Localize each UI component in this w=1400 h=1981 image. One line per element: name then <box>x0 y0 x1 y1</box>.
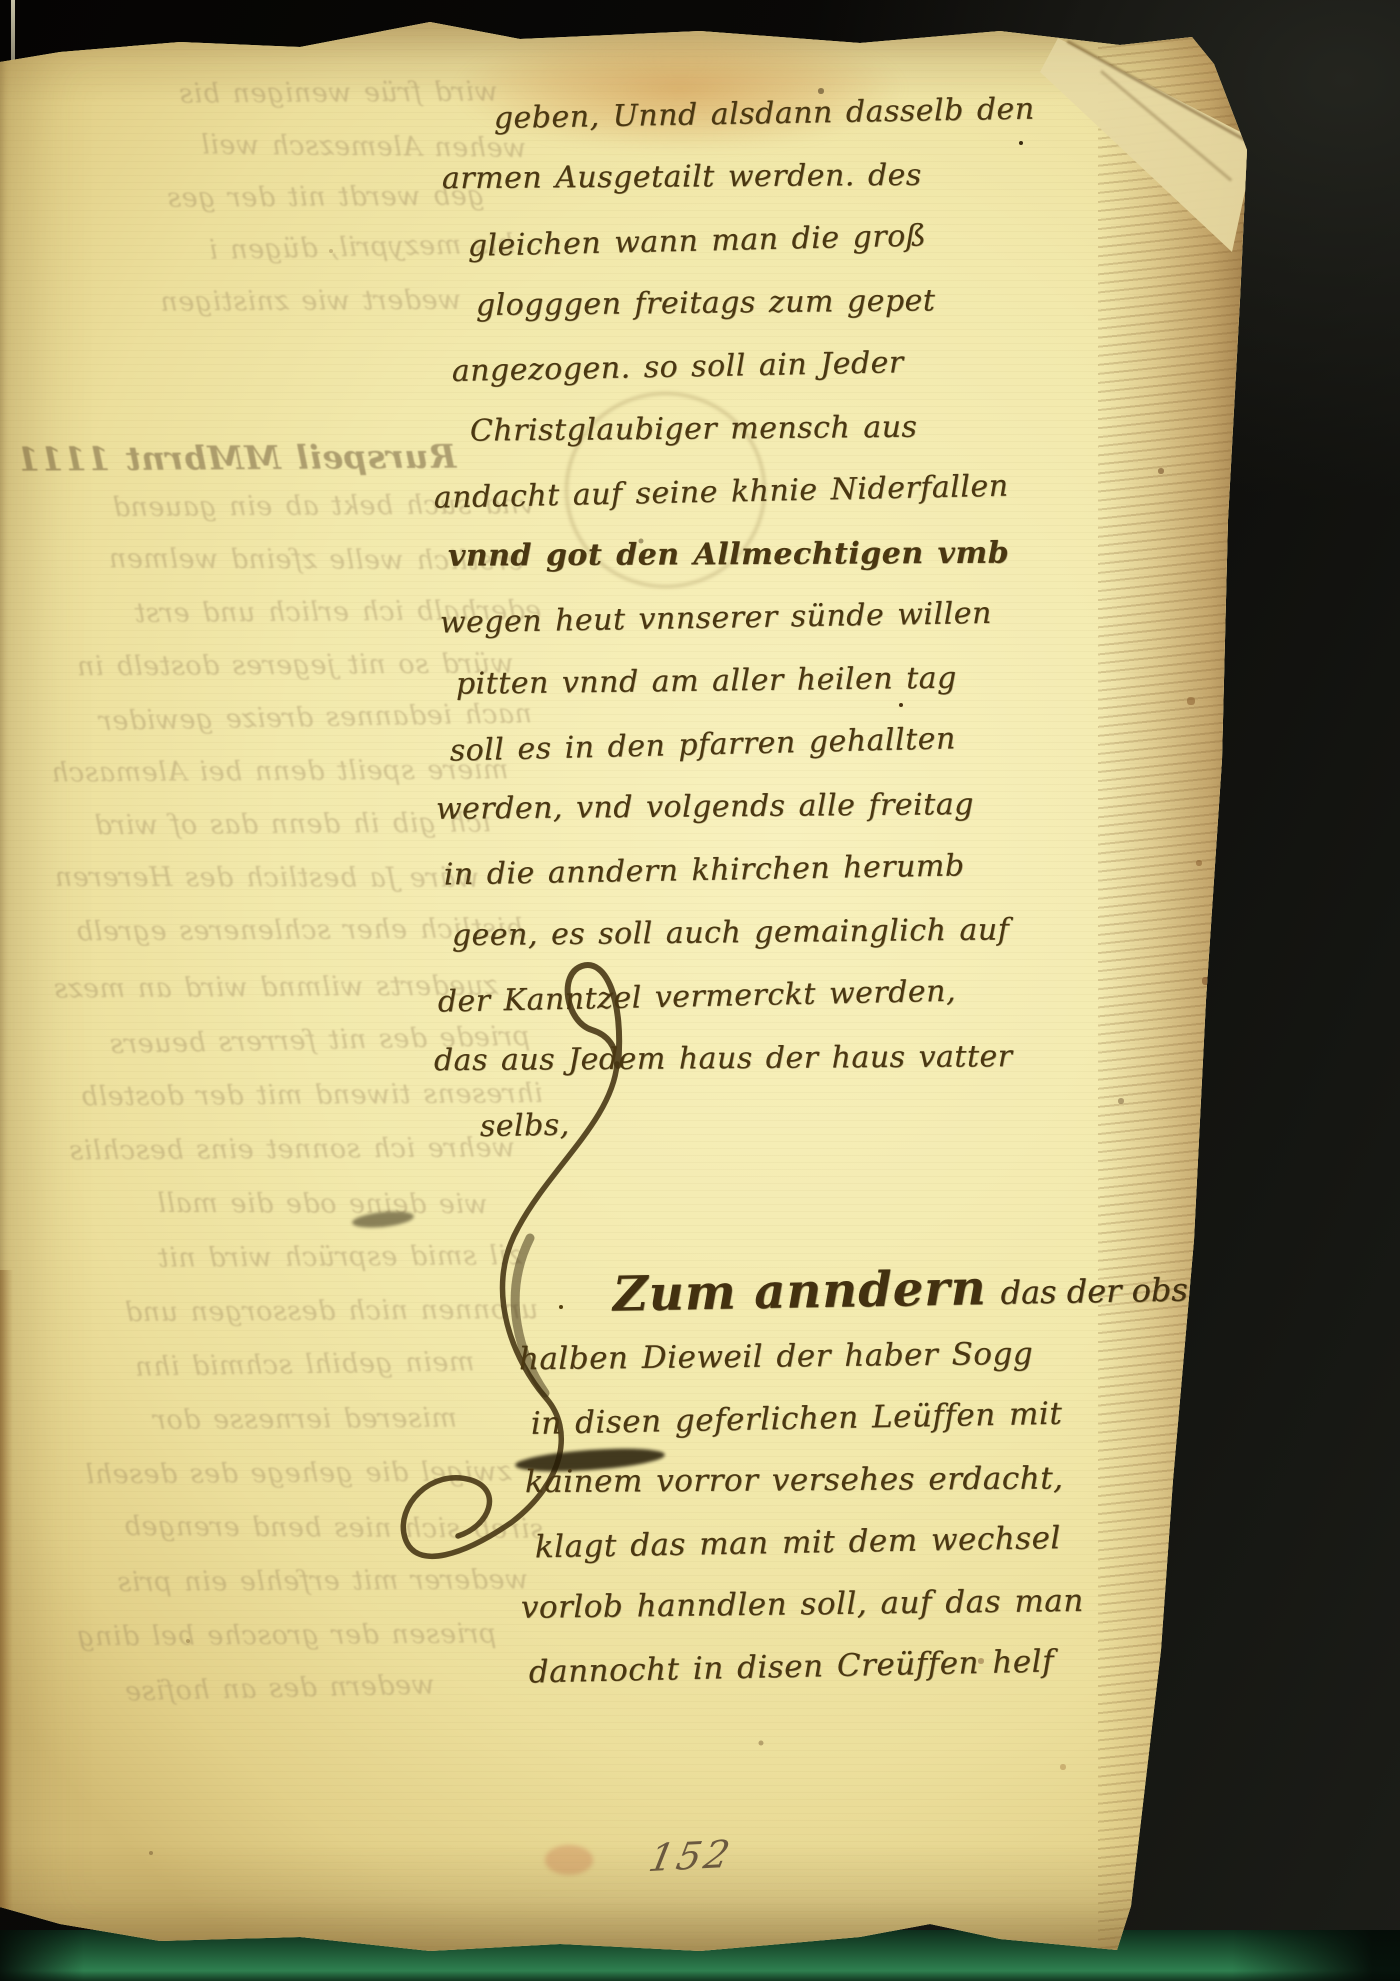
manuscript-line: selbs, <box>479 1099 1072 1172</box>
opener-continuation: das der obs <box>1000 1271 1188 1312</box>
bleedthrough-line: wedern des an hofise <box>0 1669 436 1733</box>
manuscript-line: in disen geferlichen Leüffen mit <box>530 1394 1145 1468</box>
manuscript-line: angezogen. so soll ain Jeder <box>451 342 1072 417</box>
bleedthrough-line: priesen der grosche bel ding <box>0 1618 497 1676</box>
opener-words: Zum anndern <box>612 1260 987 1323</box>
bleedthrough-heading: Rurspeil MMbrnt 1111 <box>0 437 457 493</box>
bleedthrough-line: wird früe wenigen bis <box>0 76 498 132</box>
manuscript-line: in die anndern khirchen herumb <box>443 847 1072 921</box>
bleedthrough-line: ich gib ih denn das of wird <box>0 807 491 864</box>
left-edge-discoloration <box>0 1270 13 1920</box>
manuscript-line: geen, es soll auch gemainglich auf <box>452 912 1073 981</box>
manuscript-line: pitten vnnd am aller heilen tag <box>456 659 1073 730</box>
manuscript-line: glogggen freitags zum gepet <box>476 282 1073 351</box>
manuscript-line: das aus Jedem haus der haus vatter <box>434 1039 1072 1106</box>
manuscript-line: armen Ausgetailt werden. des <box>442 157 1072 224</box>
manuscript-line: gleichen wann man die groß <box>467 215 1072 292</box>
manuscript-line: andacht auf seine khnie Niderfallen <box>433 467 1072 543</box>
manuscript-line: kainem vorror versehes erdacht, <box>525 1460 1145 1526</box>
manuscript-line: wegen heut vnnserer sünde willen <box>439 594 1072 668</box>
manuscript-line: vorlob hanndlen soll, auf das man <box>521 1582 1146 1652</box>
manuscript-line: klagt das man mit dem wechsel <box>535 1519 1146 1592</box>
manuscript-page: wird früe wenigen bis wehen Alemezsch we… <box>0 0 1400 1981</box>
manuscript-line: dannocht in disen Creüffen helf <box>528 1642 1145 1717</box>
manuscript-line: der Kanntzel vermerckt werden, <box>437 971 1072 1047</box>
manuscript-line: halben Dieweil der haber Sogg <box>519 1335 1146 1404</box>
manuscript-line: vnnd got den Allmechtigen vmb <box>448 535 1072 601</box>
manuscript-line: soll es in den pfarren gehallten <box>449 718 1072 796</box>
paper-specks <box>0 0 2 2</box>
manuscript-line: Christglaubiger mensch aus <box>470 408 1073 476</box>
bleedthrough-line: wäre Ja bestlich des Hereren <box>0 862 479 916</box>
manuscript-line: geben, Unnd alsdann dasselb den <box>493 91 1072 164</box>
manuscript-photo: wird früe wenigen bis wehen Alemezsch we… <box>0 0 1400 1981</box>
bleedthrough-line: geb werdt nit der ges <box>0 180 485 235</box>
bleedthrough-line: wedert wie znistigen <box>0 285 461 340</box>
paragraph-1: geben, Unnd alsdann dasselb den armen Au… <box>432 96 1072 1167</box>
paragraph-opener: Zum annderndas der obs <box>612 1257 1145 1342</box>
manuscript-line: werden, vnd volgends alle freitag <box>436 786 1073 855</box>
paragraph-2: Zum annderndas der obs halben Dieweil de… <box>505 1262 1145 1710</box>
